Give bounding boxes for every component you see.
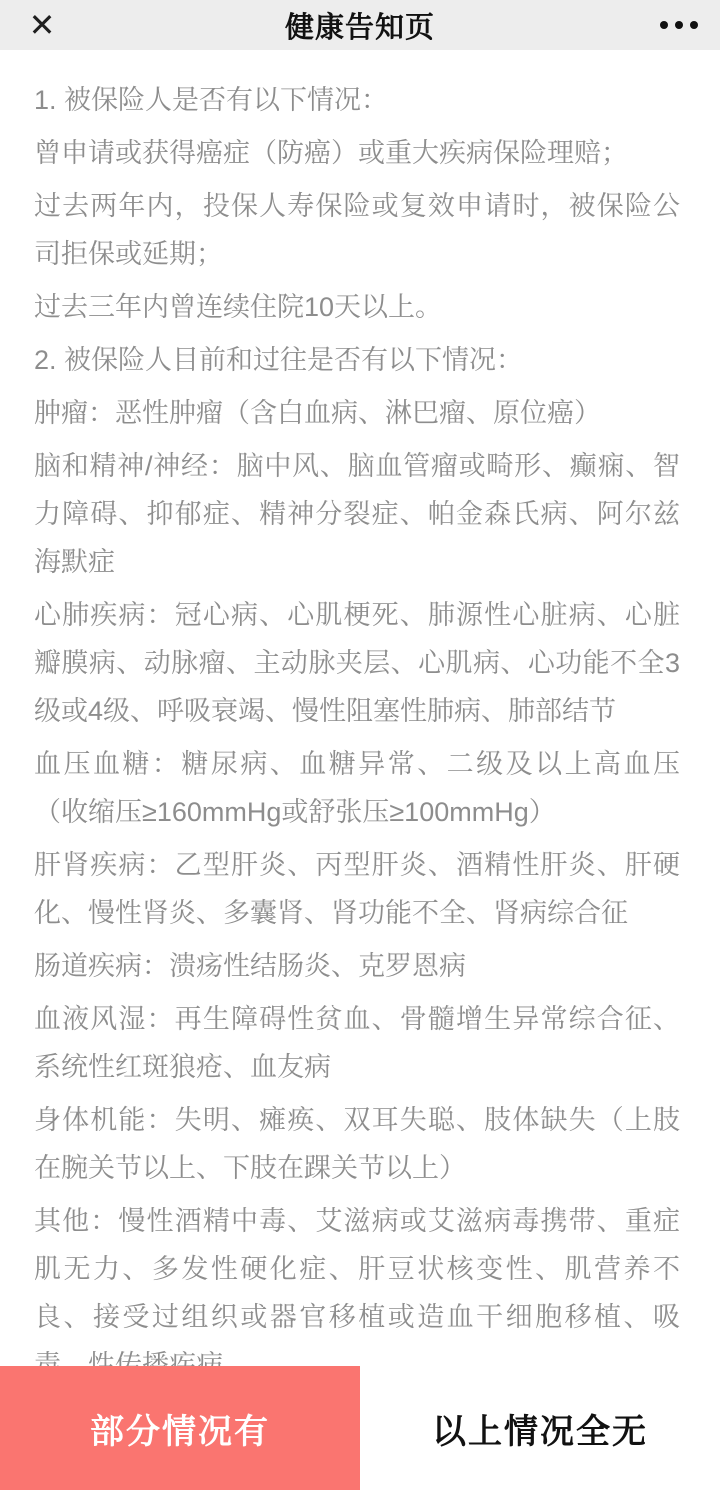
notice-paragraph: 曾申请或获得癌症（防癌）或重大疾病保险理赔； [34,129,680,177]
notice-paragraph: 2. 被保险人目前和过往是否有以下情况： [34,336,680,384]
notice-paragraph: 肝肾疾病：乙型肝炎、丙型肝炎、酒精性肝炎、肝硬化、慢性肾炎、多囊肾、肾功能不全、… [34,841,680,937]
notice-paragraph: 1. 被保险人是否有以下情况： [34,76,680,124]
dot [660,21,668,29]
notice-paragraph: 血压血糖：糖尿病、血糖异常、二级及以上高血压（收缩压≥160mmHg或舒张压≥1… [34,740,680,836]
page-title: 健康告知页 [0,5,720,46]
answer-button-bar: 部分情况有 以上情况全无 [0,1366,720,1490]
notice-paragraph: 肿瘤：恶性肿瘤（含白血病、淋巴瘤、原位癌） [34,389,680,437]
notice-paragraph: 肠道疾病：溃疡性结肠炎、克罗恩病 [34,942,680,990]
notice-paragraph: 血液风湿：再生障碍性贫血、骨髓增生异常综合征、系统性红斑狼疮、血友病 [34,995,680,1091]
health-notice-page: ✕ 健康告知页 1. 被保险人是否有以下情况：曾申请或获得癌症（防癌）或重大疾病… [0,0,720,1490]
header-bar: ✕ 健康告知页 [0,0,720,50]
more-menu-icon[interactable] [660,0,698,50]
notice-paragraph: 身体机能：失明、瘫痪、双耳失聪、肢体缺失（上肢在腕关节以上、下肢在踝关节以上） [34,1096,680,1192]
dot [675,21,683,29]
dot [690,21,698,29]
partial-has-button[interactable]: 部分情况有 [0,1366,360,1490]
none-of-above-button[interactable]: 以上情况全无 [360,1366,720,1490]
notice-paragraph: 心肺疾病：冠心病、心肌梗死、肺源性心脏病、心脏瓣膜病、动脉瘤、主动脉夹层、心肌病… [34,591,680,735]
notice-text-area: 1. 被保险人是否有以下情况：曾申请或获得癌症（防癌）或重大疾病保险理赔；过去两… [0,50,720,1366]
notice-paragraph: 过去三年内曾连续住院10天以上。 [34,283,680,331]
notice-paragraph: 脑和精神/神经：脑中风、脑血管瘤或畸形、癫痫、智力障碍、抑郁症、精神分裂症、帕金… [34,442,680,586]
notice-paragraph: 过去两年内，投保人寿保险或复效申请时，被保险公司拒保或延期； [34,182,680,278]
notice-paragraph: 其他：慢性酒精中毒、艾滋病或艾滋病毒携带、重症肌无力、多发性硬化症、肝豆状核变性… [34,1197,680,1366]
